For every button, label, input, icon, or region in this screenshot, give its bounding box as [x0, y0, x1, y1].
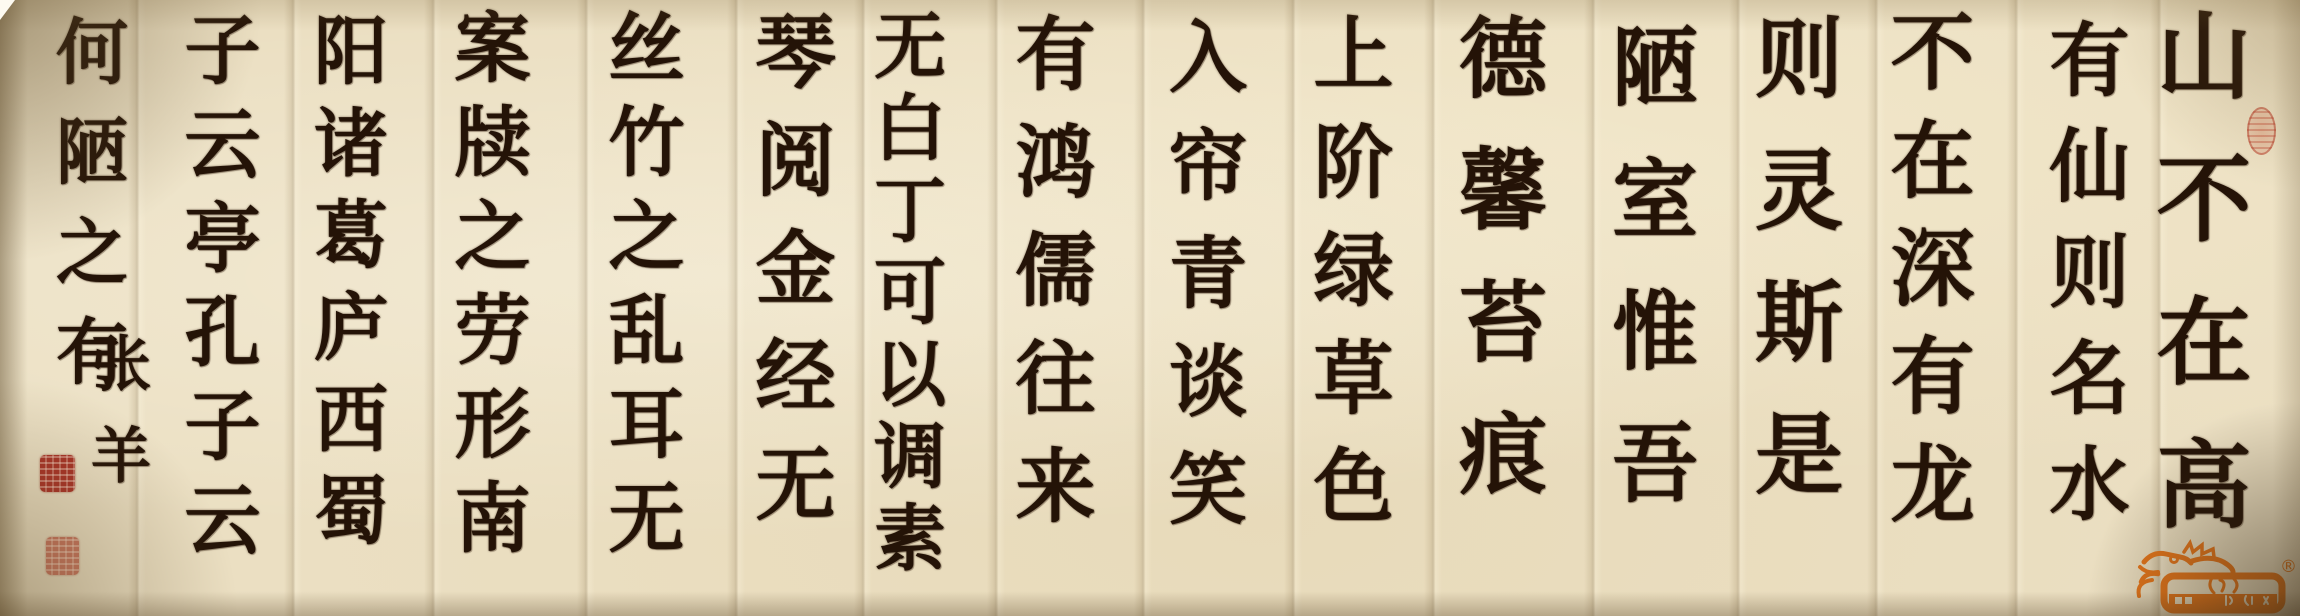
- paper-fold-crease: [1134, 0, 1152, 616]
- paper-edge-notch: [0, 0, 15, 20]
- calligraphy-column-15: 子云亭孔子云: [178, 10, 254, 574]
- calligraphy-column-2: 有仙则名水: [2042, 18, 2122, 548]
- calligraphy-column-14: 阳诸葛庐西蜀: [308, 12, 382, 564]
- calligraphy-column-6: 德馨苔痕: [1452, 12, 1540, 540]
- calligraphy-column-12: 丝竹之乱耳无: [602, 8, 678, 572]
- paper-fold-crease: [1424, 0, 1442, 616]
- paper-fold-crease: [577, 0, 595, 616]
- calligraphy-scroll: 山不在高 有仙则名水 不在深有龙 则灵斯是 陋室惟吾 德馨苔痕 上阶绿草色 入帘…: [0, 0, 2300, 616]
- cartouche-glyph-square: [2185, 597, 2192, 604]
- calligraphy-column-10: 无白丁可以调素: [868, 8, 940, 582]
- leisure-seal-oval: [2247, 107, 2276, 155]
- paper-fold-crease: [284, 0, 302, 616]
- artist-signature: 张羊: [86, 332, 146, 516]
- registered-mark: ®: [2280, 557, 2297, 577]
- calligraphy-column-5: 陋室惟吾: [1604, 22, 1690, 550]
- calligraphy-column-9: 有鸿儒往来: [1008, 12, 1088, 552]
- calligraphy-column-1: 山不在高: [2148, 6, 2243, 578]
- dragon-head: [2144, 553, 2191, 563]
- calligraphy-column-4: 则灵斯是: [1748, 12, 1836, 540]
- cartouche-brush-glyph: [2210, 578, 2237, 593]
- dragon-mane: [2184, 543, 2214, 557]
- calligraphy-column-13: 案牍之劳形南: [448, 8, 524, 572]
- dragon-eye: [2171, 556, 2178, 563]
- dragon-tail: [2139, 580, 2152, 596]
- calligraphy-column-7: 上阶绿草色: [1306, 12, 1386, 552]
- paper-fold-crease: [128, 0, 146, 616]
- calligraphy-column-8: 入帘青谈笑: [1162, 16, 1240, 556]
- calligraphy-column-11: 琴阅金经无: [748, 10, 828, 550]
- artist-seal-upper: [40, 455, 75, 492]
- paper-fold-crease: [424, 0, 442, 616]
- artist-seal-lower: [46, 537, 79, 575]
- cartouche-glyph-square: [2175, 597, 2182, 604]
- dragon-watermark-logo: ®: [2128, 536, 2298, 616]
- paper-fold-crease: [2007, 0, 2025, 616]
- calligraphy-column-3: 不在深有龙: [1884, 8, 1968, 548]
